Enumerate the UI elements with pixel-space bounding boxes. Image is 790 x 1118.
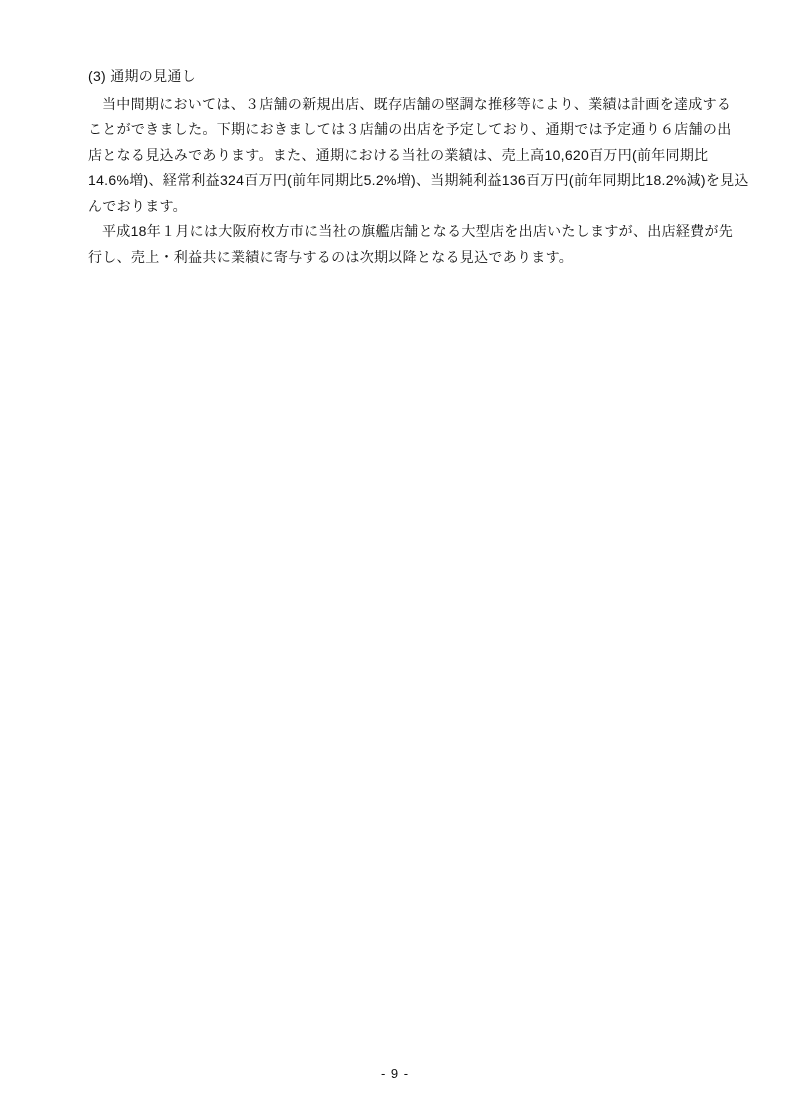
text-line: 平成18年１月には大阪府枚方市に当社の旗艦店舗となる大型店を出店いたしますが、出… — [88, 219, 722, 245]
outlook-section: (3) 通期の見通し 当中間期においては、３店舗の新規出店、既存店舗の堅調な推移… — [88, 64, 722, 270]
text-line: 当中間期においては、３店舗の新規出店、既存店舗の堅調な推移等により、業績は計画を… — [88, 92, 722, 118]
document-page: (3) 通期の見通し 当中間期においては、３店舗の新規出店、既存店舗の堅調な推移… — [0, 0, 790, 1118]
text-line: 14.6%増)、経常利益324百万円(前年同期比5.2%増)、当期純利益136百… — [88, 168, 722, 194]
text-line: んでおります。 — [88, 194, 722, 220]
section-heading: (3) 通期の見通し — [88, 64, 722, 90]
text-line: ことができました。下期におきましては３店舗の出店を予定しており、通期では予定通り… — [88, 117, 722, 143]
text-line: 行し、売上・利益共に業績に寄与するのは次期以降となる見込であります。 — [88, 245, 722, 271]
page-number: - 9 - — [0, 1066, 790, 1081]
text-line: 店となる見込みであります。また、通期における当社の業績は、売上高10,620百万… — [88, 143, 722, 169]
